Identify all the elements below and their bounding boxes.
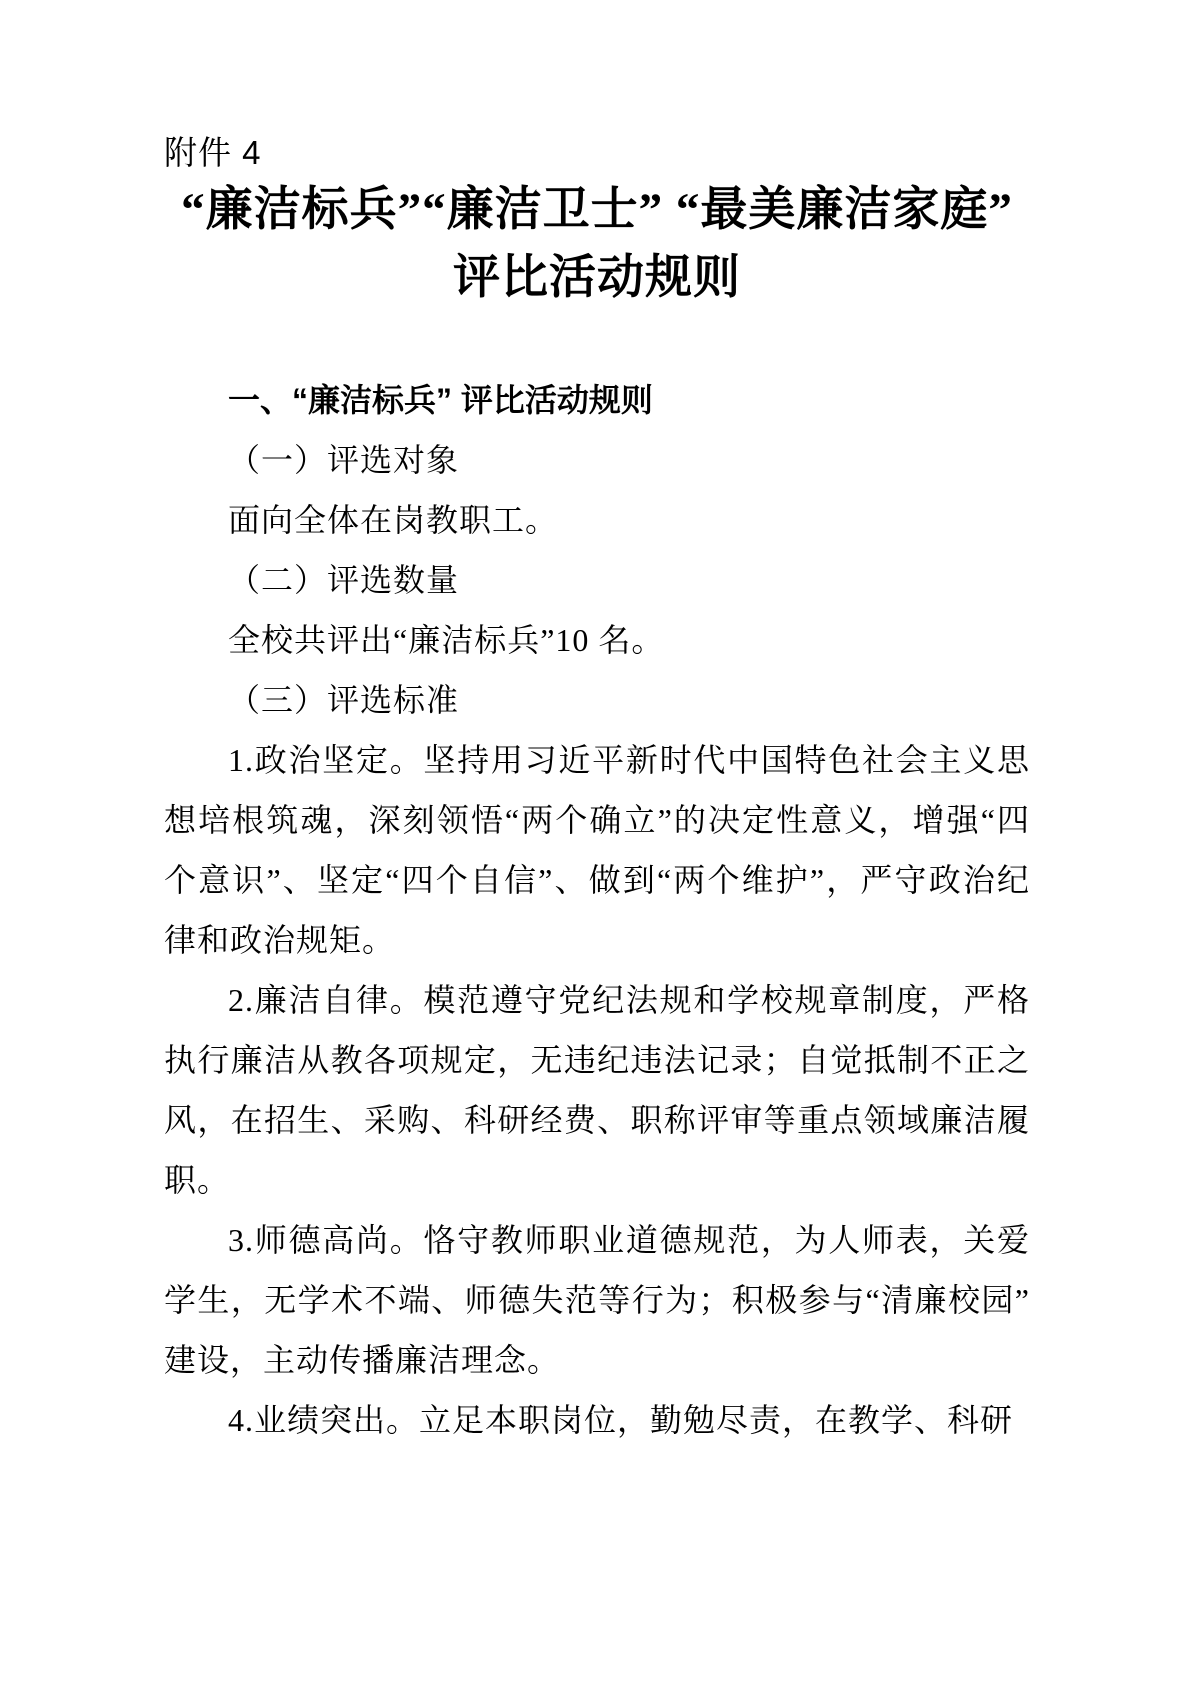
subsection-heading-selection-quantity: （二）评选数量 xyxy=(164,550,1030,610)
paragraph-selection-target: 面向全体在岗教职工。 xyxy=(164,490,1030,550)
document-page: 附件 4 “廉洁标兵”“廉洁卫士” “最美廉洁家庭” 评比活动规则 一、“廉洁标… xyxy=(0,0,1191,1684)
subsection-heading-selection-target: （一）评选对象 xyxy=(164,430,1030,490)
document-title-line-2: 评比活动规则 xyxy=(164,244,1030,312)
paragraph-criteria-1-political-firmness: 1.政治坚定。坚持用习近平新时代中国特色社会主义思想培根筑魂，深刻领悟“两个确立… xyxy=(164,730,1030,970)
document-content: 附件 4 “廉洁标兵”“廉洁卫士” “最美廉洁家庭” 评比活动规则 一、“廉洁标… xyxy=(164,130,1030,1450)
document-title-line-1: “廉洁标兵”“廉洁卫士” “最美廉洁家庭” xyxy=(164,176,1030,244)
attachment-label: 附件 4 xyxy=(164,130,1030,176)
paragraph-selection-quantity: 全校共评出“廉洁标兵”10 名。 xyxy=(164,610,1030,670)
paragraph-criteria-2-integrity-self-discipline: 2.廉洁自律。模范遵守党纪法规和学校规章制度，严格执行廉洁从教各项规定，无违纪违… xyxy=(164,970,1030,1210)
paragraph-criteria-3-noble-teacher-ethics: 3.师德高尚。恪守教师职业道德规范，为人师表，关爱学生，无学术不端、师德失范等行… xyxy=(164,1210,1030,1390)
section-heading-1: 一、“廉洁标兵” 评比活动规则 xyxy=(164,370,1030,430)
paragraph-criteria-4-outstanding-performance: 4.业绩突出。立足本职岗位，勤勉尽责，在教学、科研 xyxy=(164,1390,1030,1450)
subsection-heading-selection-criteria: （三）评选标准 xyxy=(164,670,1030,730)
